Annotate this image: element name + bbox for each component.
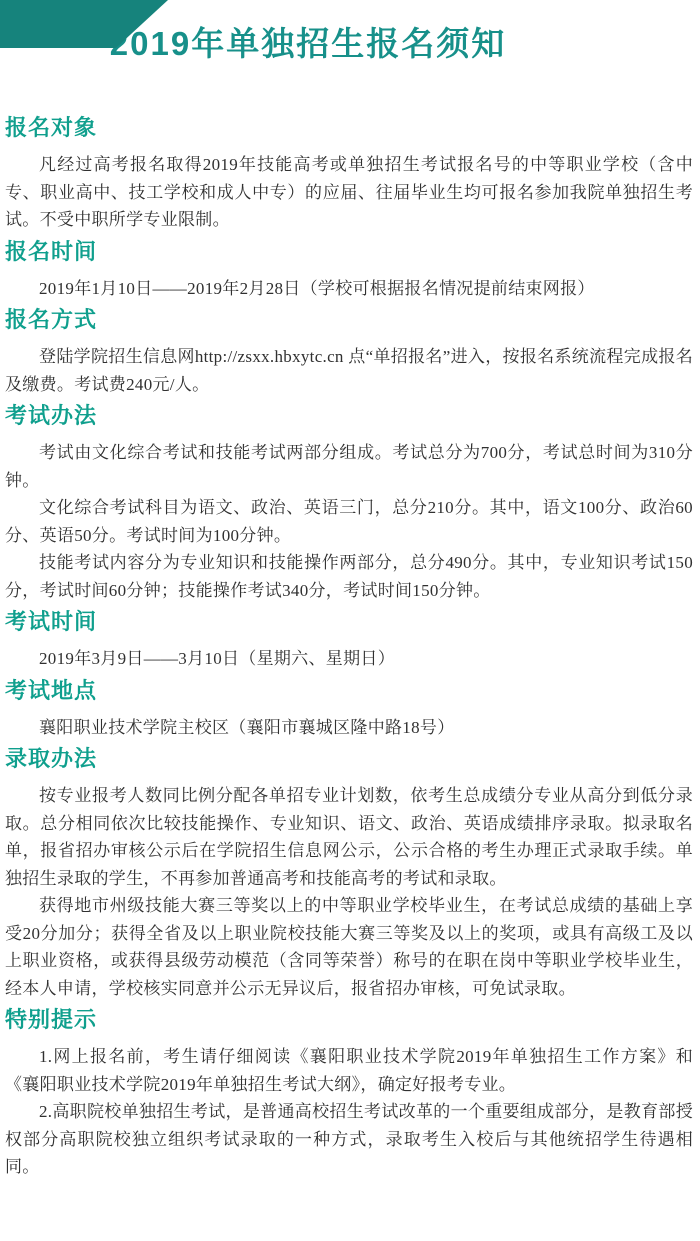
section-paragraphs: 凡经过高考报名取得2019年技能高考或单独招生考试报名号的中等职业学校（含中专、…	[5, 151, 693, 234]
paragraph: 襄阳职业技术学院主校区（襄阳市襄城区隆中路18号）	[5, 714, 693, 742]
section-paragraphs: 登陆学院招生信息网http://zsxx.hbxytc.cn 点“单招报名”进入…	[5, 343, 693, 398]
paragraph: 考试由文化综合考试和技能考试两部分组成。考试总分为700分，考试总时间为310分…	[5, 439, 693, 494]
section-heading: 考试时间	[5, 609, 693, 635]
section-heading: 特别提示	[5, 1007, 693, 1033]
document-body: 报名对象 凡经过高考报名取得2019年技能高考或单独招生考试报名号的中等职业学校…	[5, 115, 693, 1181]
section: 报名时间 2019年1月10日——2019年2月28日（学校可根据报名情况提前结…	[5, 239, 693, 303]
section-paragraphs: 2019年1月10日——2019年2月28日（学校可根据报名情况提前结束网报）	[5, 275, 693, 303]
section-heading: 考试地点	[5, 678, 693, 704]
section-paragraphs: 2019年3月9日——3月10日（星期六、星期日）	[5, 645, 693, 673]
paragraph: 技能考试内容分为专业知识和技能操作两部分，总分490分。其中，专业知识考试150…	[5, 549, 693, 604]
section-heading: 考试办法	[5, 403, 693, 429]
section-heading: 报名时间	[5, 239, 693, 265]
paragraph: 2019年1月10日——2019年2月28日（学校可根据报名情况提前结束网报）	[5, 275, 693, 303]
section-paragraphs: 1.网上报名前，考生请仔细阅读《襄阳职业技术学院2019年单独招生工作方案》和《…	[5, 1043, 693, 1181]
paragraph: 2019年3月9日——3月10日（星期六、星期日）	[5, 645, 693, 673]
paragraph: 1.网上报名前，考生请仔细阅读《襄阳职业技术学院2019年单独招生工作方案》和《…	[5, 1043, 693, 1098]
section-paragraphs: 考试由文化综合考试和技能考试两部分组成。考试总分为700分，考试总时间为310分…	[5, 439, 693, 604]
paragraph: 文化综合考试科目为语文、政治、英语三门，总分210分。其中，语文100分、政治6…	[5, 494, 693, 549]
section: 报名对象 凡经过高考报名取得2019年技能高考或单独招生考试报名号的中等职业学校…	[5, 115, 693, 234]
section: 考试办法 考试由文化综合考试和技能考试两部分组成。考试总分为700分，考试总时间…	[5, 403, 693, 604]
paragraph: 2.高职院校单独招生考试，是普通高校招生考试改革的一个重要组成部分，是教育部授权…	[5, 1098, 693, 1181]
section: 特别提示 1.网上报名前，考生请仔细阅读《襄阳职业技术学院2019年单独招生工作…	[5, 1007, 693, 1181]
paragraph: 登陆学院招生信息网http://zsxx.hbxytc.cn 点“单招报名”进入…	[5, 343, 693, 398]
section: 报名方式 登陆学院招生信息网http://zsxx.hbxytc.cn 点“单招…	[5, 307, 693, 398]
section-paragraphs: 按专业报考人数同比例分配各单招专业计划数，依考生总成绩分专业从高分到低分录取。总…	[5, 782, 693, 1002]
section: 考试时间 2019年3月9日——3月10日（星期六、星期日）	[5, 609, 693, 673]
section-heading: 报名对象	[5, 115, 693, 141]
section-paragraphs: 襄阳职业技术学院主校区（襄阳市襄城区隆中路18号）	[5, 714, 693, 742]
paragraph: 凡经过高考报名取得2019年技能高考或单独招生考试报名号的中等职业学校（含中专、…	[5, 151, 693, 234]
section-heading: 报名方式	[5, 307, 693, 333]
section: 录取办法 按专业报考人数同比例分配各单招专业计划数，依考生总成绩分专业从高分到低…	[5, 746, 693, 1002]
sections-container: 报名对象 凡经过高考报名取得2019年技能高考或单独招生考试报名号的中等职业学校…	[5, 115, 693, 1181]
section-heading: 录取办法	[5, 746, 693, 772]
section: 考试地点 襄阳职业技术学院主校区（襄阳市襄城区隆中路18号）	[5, 678, 693, 742]
paragraph: 按专业报考人数同比例分配各单招专业计划数，依考生总成绩分专业从高分到低分录取。总…	[5, 782, 693, 892]
paragraph: 获得地市州级技能大赛三等奖以上的中等职业学校毕业生，在考试总成绩的基础上享受20…	[5, 892, 693, 1002]
